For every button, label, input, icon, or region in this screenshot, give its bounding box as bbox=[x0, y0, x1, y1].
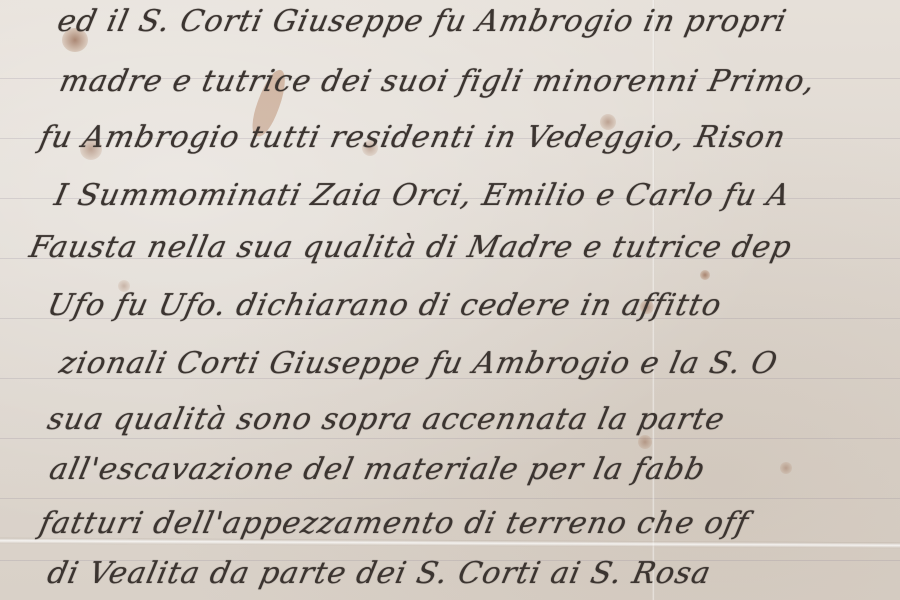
handwritten-line-2: madre e tutrice dei suoi figli minorenni… bbox=[56, 64, 818, 99]
handwritten-line-3: fu Ambrogio tutti residenti in Vedeggio,… bbox=[36, 120, 789, 155]
handwritten-line-9: all'escavazione del materiale per la fab… bbox=[46, 452, 709, 487]
ruled-line bbox=[0, 498, 900, 499]
handwritten-document: ed il S. Corti Giuseppe fu Ambrogio in p… bbox=[0, 0, 900, 600]
ink-stain bbox=[638, 435, 652, 449]
handwritten-line-6: Ufo fu Ufo. dichiarano di cedere in affi… bbox=[44, 288, 725, 323]
ruled-line bbox=[0, 438, 900, 439]
handwritten-line-4: I Summominati Zaia Orci, Emilio e Carlo … bbox=[51, 178, 793, 213]
handwritten-line-7: zionali Corti Giuseppe fu Ambrogio e la … bbox=[56, 346, 781, 381]
ink-stain bbox=[700, 270, 710, 280]
handwritten-line-10: fatturi dell'appezzamento di terreno che… bbox=[36, 506, 752, 541]
handwritten-line-1: ed il S. Corti Giuseppe fu Ambrogio in p… bbox=[54, 4, 790, 39]
ink-stain bbox=[780, 462, 792, 474]
handwritten-line-5: Fausta nella sua qualità di Madre e tutr… bbox=[26, 230, 795, 265]
handwritten-line-8: sua qualità sono sopra accennata la part… bbox=[44, 402, 728, 437]
handwritten-line-11: di Vealita da parte dei S. Corti ai S. R… bbox=[44, 556, 714, 591]
